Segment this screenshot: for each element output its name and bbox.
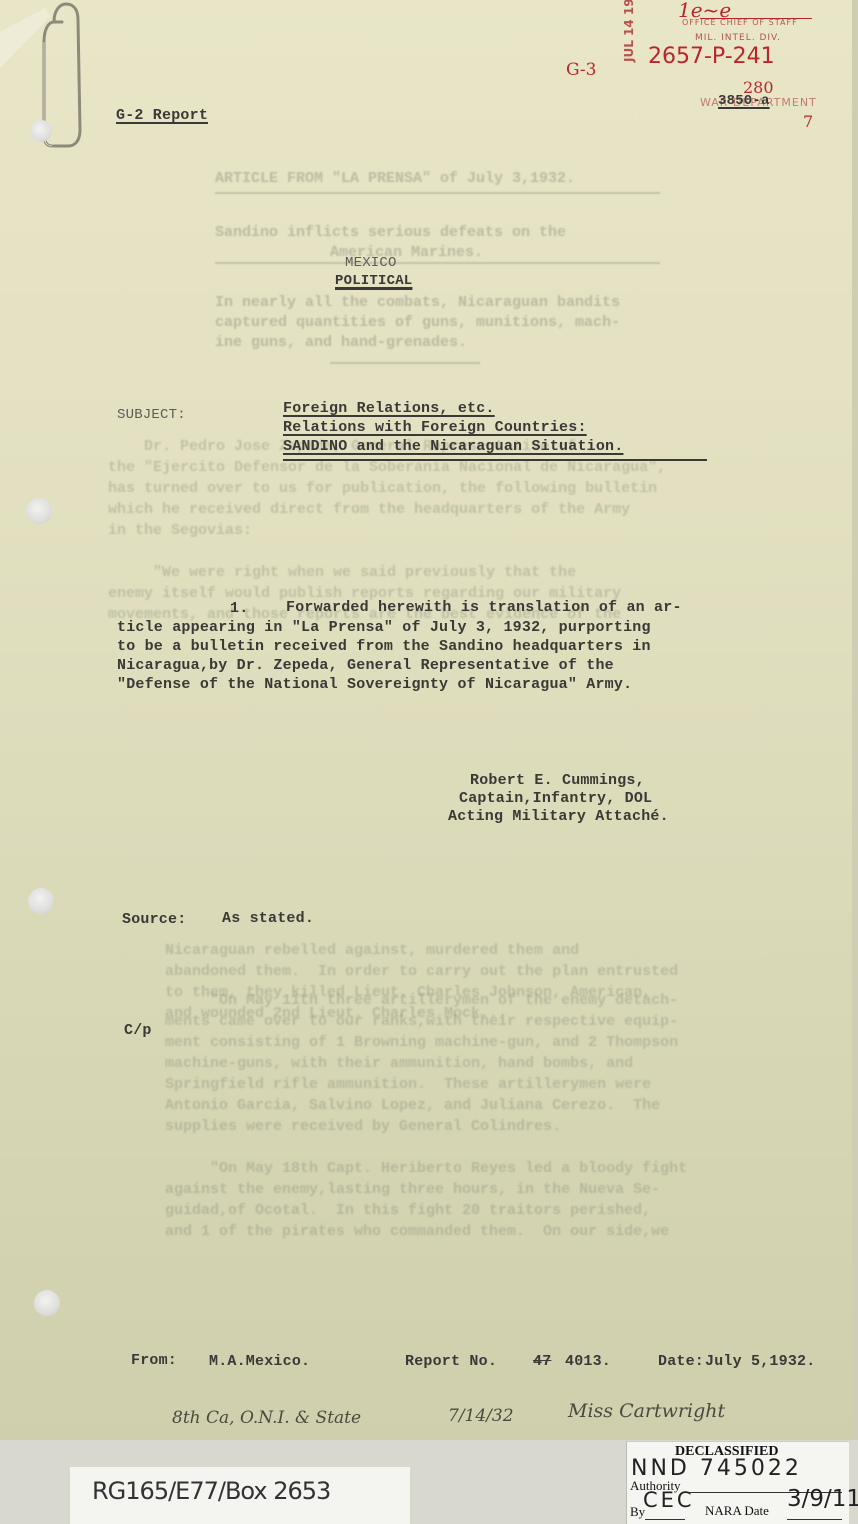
punch-hole bbox=[30, 120, 52, 142]
footer-report-value: 4013. bbox=[565, 1352, 611, 1371]
footer-report-label: Report No. bbox=[405, 1352, 497, 1371]
handwritten-recipient: Miss Cartwright bbox=[568, 1400, 725, 1422]
document-page: ARTICLE FROM "LA PRENSA" of July 3,1932.… bbox=[0, 0, 858, 1440]
date-value: 3/9/11 bbox=[787, 1486, 858, 1512]
footer-date-value: July 5,1932. bbox=[705, 1352, 815, 1371]
by-value: CEC bbox=[643, 1488, 695, 1512]
subject-line-3: SANDINO and the Nicaraguan Situation. bbox=[283, 437, 623, 456]
archive-label-text: RG165/E77/Box 2653 bbox=[92, 1477, 330, 1505]
bleed-through-block-3: "On May 11th three artillerymen of the e… bbox=[165, 990, 687, 1242]
body-line-3: to be a bulletin received from the Sandi… bbox=[117, 637, 651, 656]
bleed-through-rule bbox=[330, 362, 480, 364]
footer-report-struck: 47 bbox=[533, 1352, 551, 1371]
handwritten-file-number: 2657-P-241 bbox=[648, 44, 775, 69]
bleed-through-lead-1: In nearly all the combats, Nicaraguan ba… bbox=[215, 292, 620, 313]
stamp-date: JUL 14 1932 bbox=[622, 0, 636, 62]
nara-date-label: NARA Date bbox=[705, 1503, 769, 1519]
typist-initials: C/p bbox=[124, 1021, 152, 1040]
body-line-1: Forwarded herewith is translation of an … bbox=[286, 598, 682, 617]
subject-line-2: Relations with Foreign Countries: bbox=[283, 418, 587, 437]
bleed-through-lead-3: ine guns, and hand-grenades. bbox=[215, 332, 467, 353]
bleed-through-subhead-1: Sandino inflicts serious defeats on the bbox=[215, 222, 566, 243]
punch-hole bbox=[28, 888, 54, 914]
body-line-5: "Defense of the National Sovereignty of … bbox=[117, 675, 632, 694]
handwritten-underline bbox=[700, 18, 812, 19]
report-type: G-2 Report bbox=[116, 106, 208, 125]
bleed-through-block: Dr. Pedro Jose Zepeda, General Represent… bbox=[108, 436, 666, 625]
source-value: As stated. bbox=[222, 909, 314, 928]
bleed-through-lead-2: captured quantities of guns, munitions, … bbox=[215, 312, 620, 333]
handwritten-distribution-date: 7/14/32 bbox=[448, 1406, 514, 1426]
source-label: Source: bbox=[122, 910, 186, 929]
handwritten-routing: G-3 bbox=[566, 60, 596, 80]
signature-rank: Captain,Infantry, DOL bbox=[459, 789, 652, 808]
declassified-stamp: DECLASSIFIED Authority NND 745022 By CEC… bbox=[626, 1441, 849, 1524]
stamp-division-line: MIL. INTEL. DIV. bbox=[695, 33, 781, 43]
subject-underline bbox=[283, 459, 707, 461]
signature-title: Acting Military Attaché. bbox=[448, 807, 669, 826]
classification-category: POLITICAL bbox=[335, 272, 412, 291]
handwritten-sub-number: 280 bbox=[743, 78, 774, 97]
bleed-through-rule bbox=[215, 192, 660, 194]
subject-line-1: Foreign Relations, etc. bbox=[283, 399, 495, 418]
footer-from-label: From: bbox=[131, 1351, 177, 1370]
bleed-through-headline: ARTICLE FROM "LA PRENSA" of July 3,1932. bbox=[215, 168, 575, 189]
archive-box-label: RG165/E77/Box 2653 bbox=[70, 1467, 410, 1524]
body-line-4: Nicaragua,by Dr. Zepeda, General Represe… bbox=[117, 656, 614, 675]
authority-value: NND 745022 bbox=[631, 1456, 802, 1481]
signature-name: Robert E. Cummings, bbox=[470, 771, 645, 790]
subject-label: SUBJECT: bbox=[117, 406, 186, 425]
punch-hole bbox=[26, 498, 52, 524]
classification-country: MEXICO bbox=[345, 254, 397, 273]
body-line-2: ticle appearing in "La Prensa" of July 3… bbox=[117, 618, 651, 637]
footer-from-value: M.A.Mexico. bbox=[209, 1352, 310, 1371]
footer-date-label: Date: bbox=[658, 1352, 704, 1371]
handwritten-mark: 7 bbox=[803, 112, 813, 131]
paragraph-number: 1. bbox=[230, 599, 248, 618]
punch-hole bbox=[34, 1290, 60, 1316]
handwritten-distribution: 8th Ca, O.N.I. & State bbox=[172, 1408, 361, 1428]
date-rule bbox=[787, 1519, 842, 1520]
page-edge bbox=[852, 0, 858, 1440]
bleed-through-rule bbox=[215, 262, 660, 264]
by-rule bbox=[645, 1519, 685, 1520]
